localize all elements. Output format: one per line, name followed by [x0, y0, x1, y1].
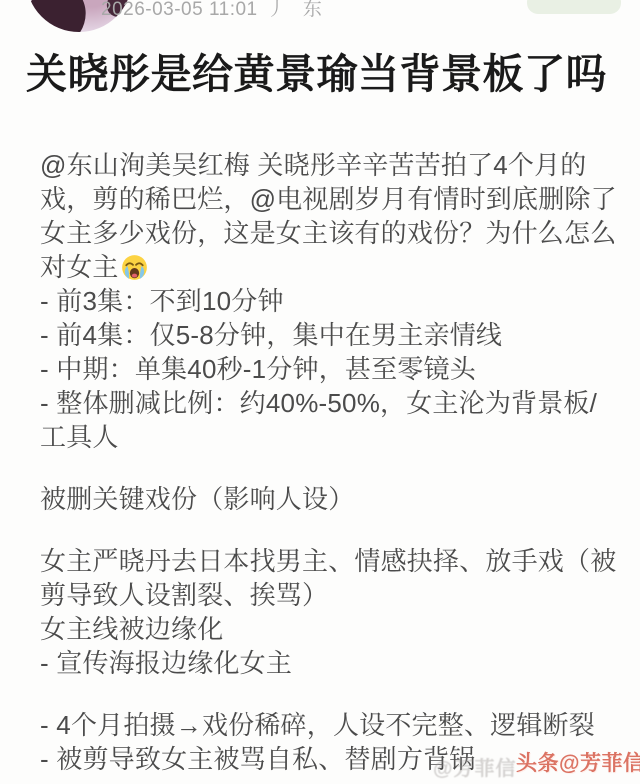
timestamp-text: 2026-03-05 11:01: [101, 0, 258, 20]
line-text: - 前3集：不到10分钟: [40, 286, 284, 316]
post-title: 关晓彤是给黄景瑜当背景板了吗: [26, 50, 626, 98]
line-text: - 被剪导致女主被骂自私、替剧方背锅: [40, 744, 475, 774]
body-line: - 整体删减比例：约40%-50%，女主沦为背景板/: [40, 386, 624, 420]
body-line: - 4个月拍摄→戏份稀碎，人设不完整、逻辑断裂: [40, 708, 624, 742]
avatar-hair-shape: [26, 0, 99, 32]
toutiao-author-watermark: 头条@芳菲信: [516, 747, 640, 777]
line-text: - 4个月拍摄→戏份稀碎，人设不完整、逻辑断裂: [40, 710, 595, 740]
post-screenshot: 2026-03-05 11:01丿 东 关晓彤是给黄景瑜当背景板了吗 @东山洵美…: [0, 0, 640, 784]
line-text: - 前4集：仅5-8分钟，集中在男主亲情线: [40, 320, 502, 350]
line-text: 剪导致人设割裂、挨骂）: [40, 580, 328, 610]
body-line: - 前4集：仅5-8分钟，集中在男主亲情线: [40, 318, 624, 352]
line-text: 女主多少戏份，这是女主该有的戏份？为什么怎么: [40, 218, 616, 248]
follow-button-cutoff[interactable]: [527, 0, 621, 14]
line-text: 女主严晓丹去日本找男主、情感抉择、放手戏（被: [40, 546, 616, 576]
line-text: - 中期：单集40秒-1分钟，甚至零镜头: [40, 354, 476, 384]
line-text: 工具人: [40, 422, 119, 452]
body-line: @东山洵美吴红梅 关晓彤辛辛苦苦拍了4个月的: [40, 148, 624, 182]
body-line: - 宣传海报边缘化女主: [40, 646, 624, 680]
line-text: - 宣传海报边缘化女主: [40, 648, 292, 678]
line-text: 对女主: [40, 252, 119, 282]
crying-emoji-icon: [121, 254, 148, 281]
line-text: - 整体删减比例：约40%-50%，女主沦为背景板/: [40, 388, 597, 418]
body-line: 女主严晓丹去日本找男主、情感抉择、放手戏（被: [40, 544, 624, 578]
body-line: 女主线被边缘化: [40, 612, 624, 646]
timestamp-suffix: 丿 东: [267, 0, 328, 20]
body-line: 工具人: [40, 420, 624, 454]
line-text: 被删关键戏份（影响人设）: [40, 484, 354, 514]
faint-watermark: @芳菲信: [433, 752, 517, 781]
body-line: - 中期：单集40秒-1分钟，甚至零镜头: [40, 352, 624, 386]
body-line: 对女主: [40, 250, 624, 284]
body-line: 戏，剪的稀巴烂，@电视剧岁月有情时到底删除了: [40, 182, 624, 216]
line-text: 戏，剪的稀巴烂，@电视剧岁月有情时到底删除了: [40, 184, 617, 214]
line-text: @东山洵美吴红梅 关晓彤辛辛苦苦拍了4个月的: [40, 150, 586, 180]
line-text: 女主线被边缘化: [40, 614, 223, 644]
post-body: @东山洵美吴红梅 关晓彤辛辛苦苦拍了4个月的 戏，剪的稀巴烂，@电视剧岁月有情时…: [40, 148, 624, 776]
body-line: 被删关键戏份（影响人设）: [40, 482, 624, 516]
post-timestamp: 2026-03-05 11:01丿 东: [101, 0, 328, 21]
body-line: - 前3集：不到10分钟: [40, 284, 624, 318]
body-line: 剪导致人设割裂、挨骂）: [40, 578, 624, 612]
body-line: 女主多少戏份，这是女主该有的戏份？为什么怎么: [40, 216, 624, 250]
